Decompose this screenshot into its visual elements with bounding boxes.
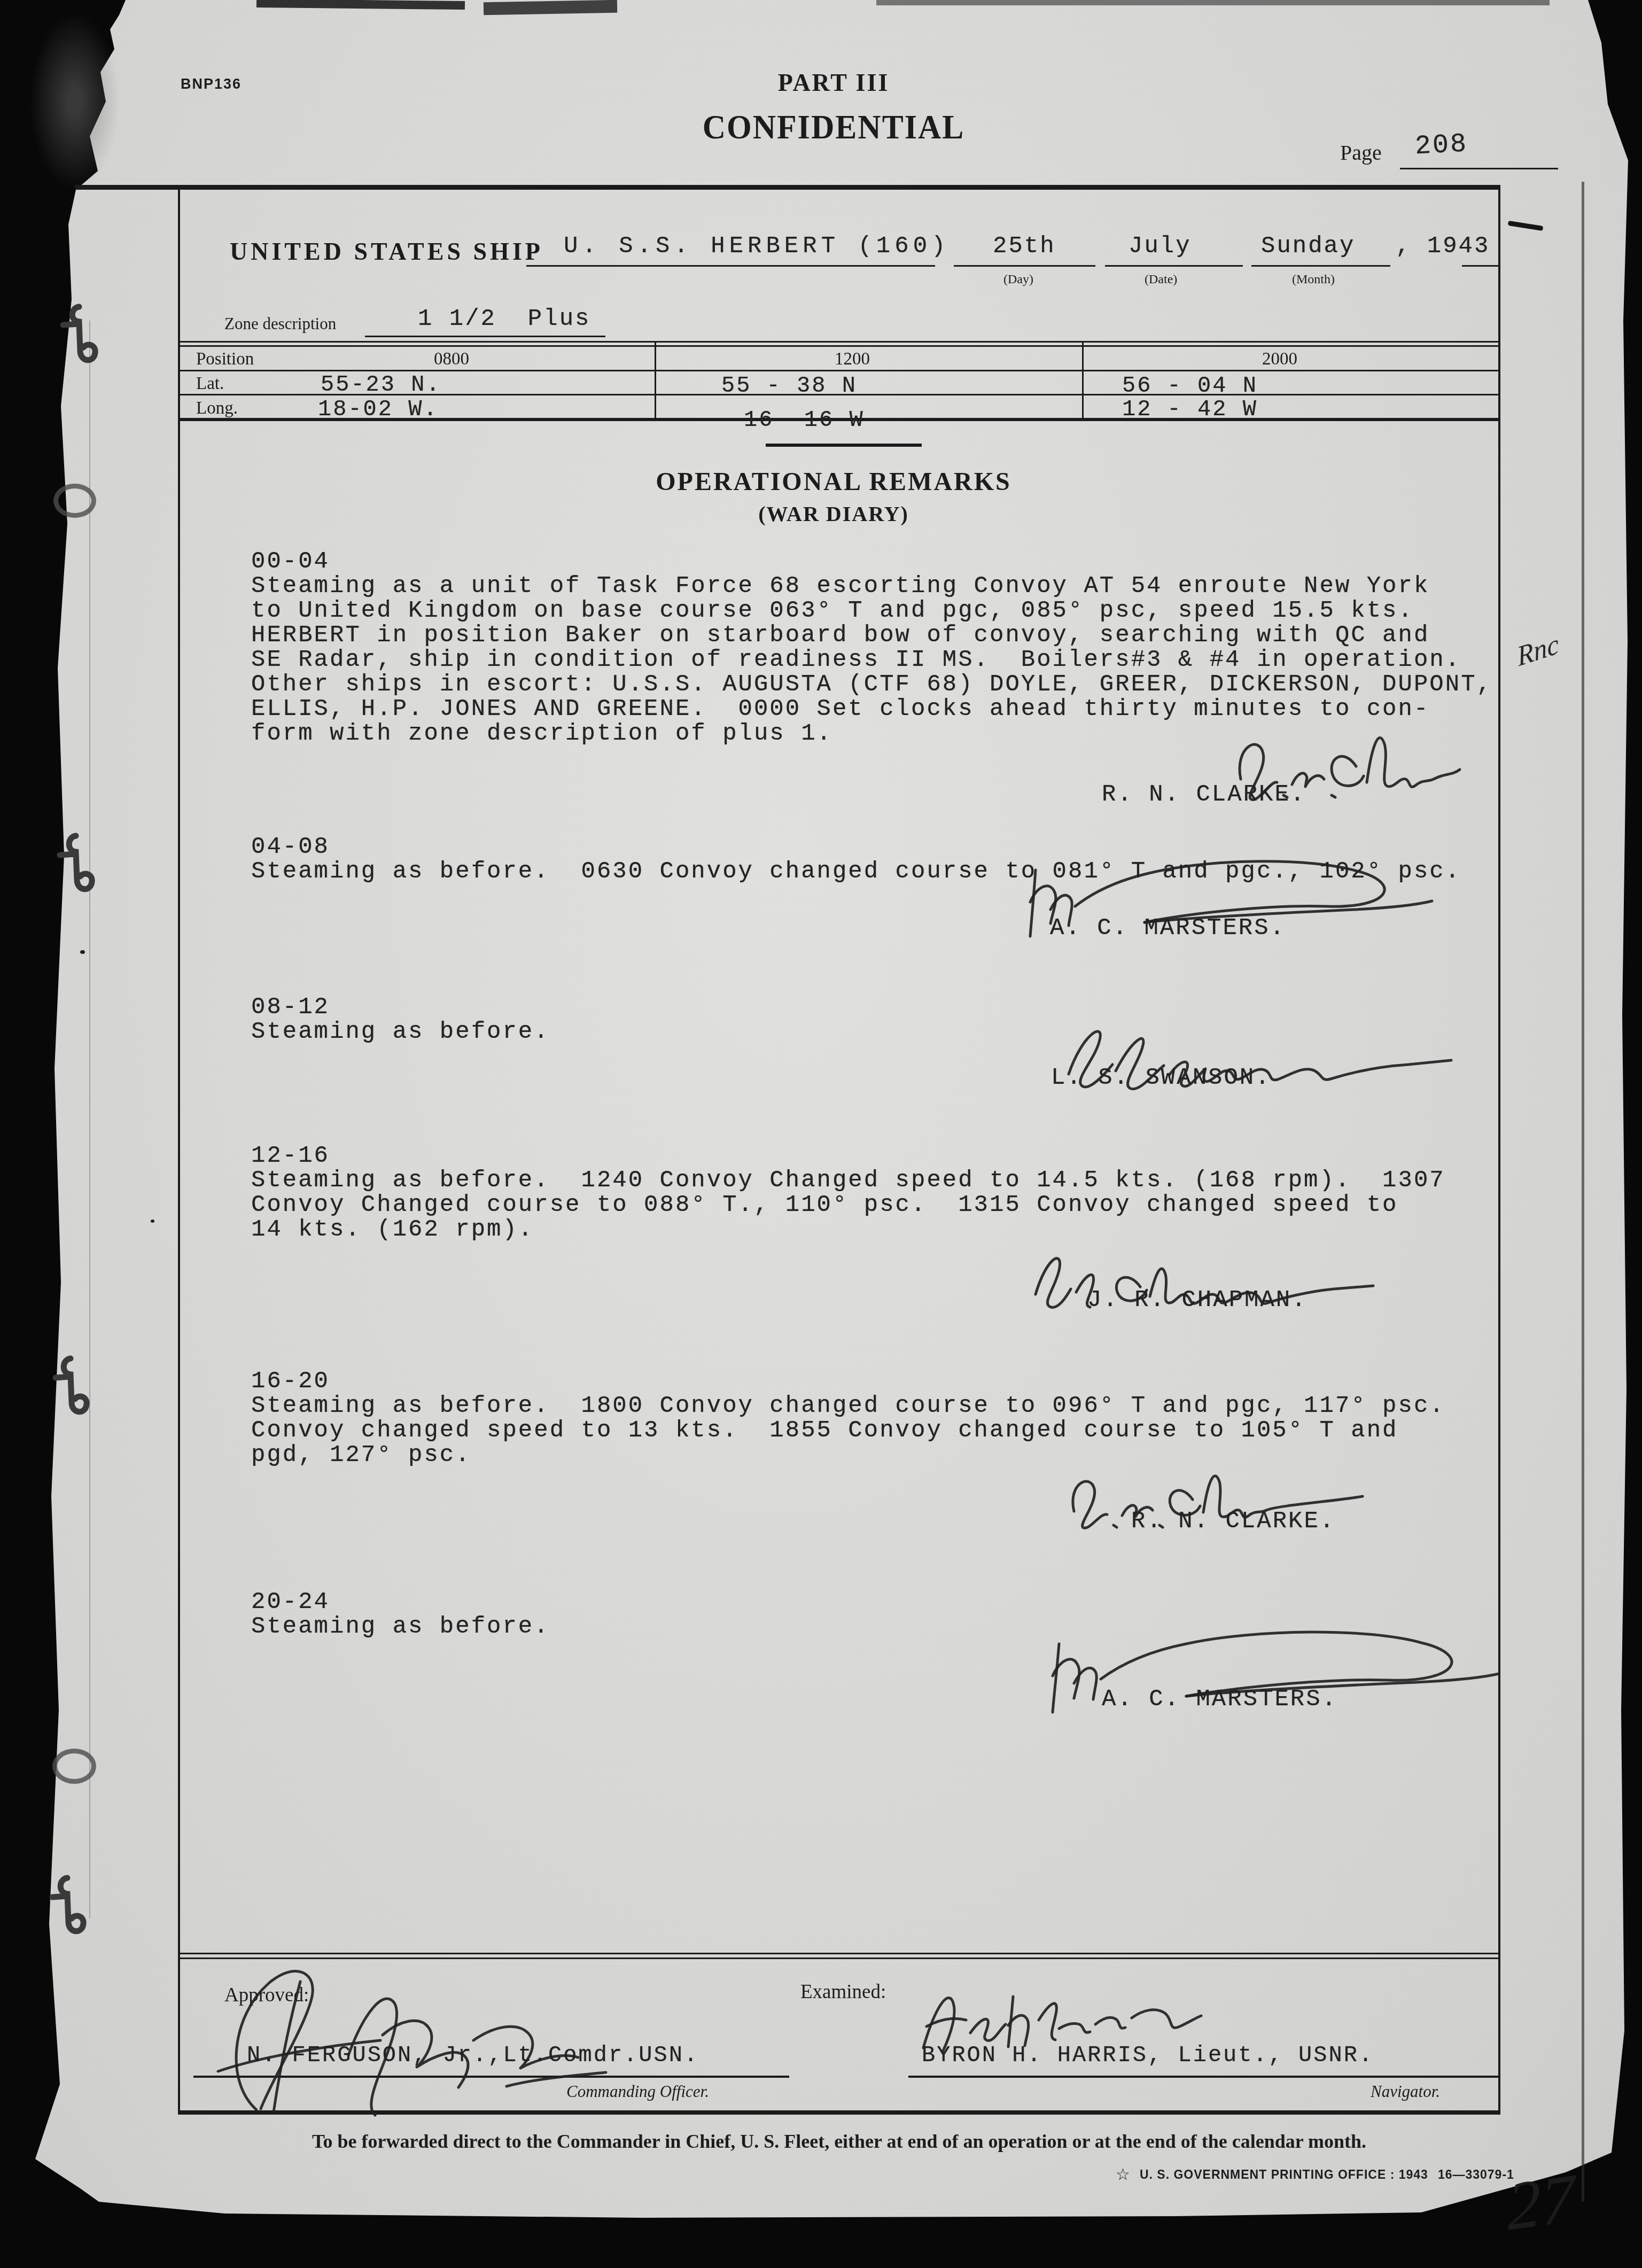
lat-1200: 55 - 38 N (721, 373, 857, 399)
zone-underline (365, 336, 605, 337)
remarks-rule (766, 444, 922, 447)
table-header-rule (178, 370, 1500, 371)
entry-line: HERBERT in position Baker on starboard b… (251, 623, 1544, 648)
binder-fastener-icon (51, 1351, 94, 1426)
form-box-left-border (178, 185, 180, 2114)
gpo-line: ☆ U. S. GOVERNMENT PRINTING OFFICE : 194… (1116, 2165, 1514, 2184)
table-divider-1 (655, 341, 656, 421)
entry-line: Steaming as before. 1800 Convoy changed … (251, 1394, 1544, 1418)
table-time-2000: 2000 (1262, 349, 1297, 369)
day-underline (954, 265, 1095, 267)
signer-name: A. C. MARSTERS. (1050, 915, 1286, 942)
ship-underline (526, 265, 935, 267)
date-underline (1105, 265, 1243, 267)
year-value: , 1943 (1396, 233, 1490, 260)
part-title: PART III (631, 68, 1037, 97)
entry-period: 12-16 (251, 1144, 1544, 1168)
forwarding-note: To be forwarded direct to the Commander … (178, 2130, 1500, 2153)
table-top-rule (178, 341, 1500, 343)
scanned-war-diary-page: BNP136 PART III CONFIDENTIAL Page 208 UN… (0, 0, 1642, 2268)
crease-line (89, 321, 90, 1919)
entry-line: Convoy changed speed to 13 kts. 1855 Con… (251, 1418, 1544, 1443)
entry-line: Convoy Changed course to 088° T., 110° p… (251, 1193, 1544, 1217)
month-underline (1251, 265, 1390, 267)
signature-byron-harris (903, 1973, 1266, 2059)
ink-speck (151, 1220, 154, 1223)
paper-sheet (0, 0, 1642, 2268)
entry-line: Steaming as before. 1240 Convoy Changed … (251, 1168, 1544, 1193)
table-top-rule2 (178, 345, 1500, 347)
signer-name: J. R. CHAPMAN. (1087, 1287, 1308, 1314)
lat-0800: 55-23 N. (321, 372, 441, 398)
table-divider-2 (1082, 341, 1084, 421)
entry-line: Steaming as a unit of Task Force 68 esco… (251, 574, 1544, 599)
entry-line: Other ships in escort: U.S.S. AUGUSTA (C… (251, 672, 1544, 697)
zone-label: Zone description (224, 314, 336, 333)
form-code: BNP136 (181, 76, 242, 92)
scan-smudge (29, 13, 120, 190)
remarks-title: OPERATIONAL REMARKS (481, 467, 1186, 496)
entry-period: 00-04 (251, 549, 1544, 574)
punch-hole-ring (53, 484, 96, 518)
lat-2000: 56 - 04 N (1122, 373, 1258, 399)
remarks-subtitle: (WAR DIARY) (481, 501, 1186, 526)
binder-fastener-icon (58, 299, 100, 374)
form-top-rule (75, 185, 1500, 190)
star-icon: ☆ (1116, 2165, 1130, 2184)
ship-label: UNITED STATES SHIP (230, 237, 543, 266)
page-number-underline (1400, 168, 1558, 169)
page-number: 208 (1414, 129, 1469, 162)
ink-speck (80, 950, 85, 954)
handwritten-page-number: 27 (1506, 2158, 1576, 2247)
long-1200: 16 16 W (744, 407, 865, 433)
ship-name-value: U. S.S. HERBERT (160) (564, 233, 950, 260)
table-long-label: Long. (196, 399, 238, 418)
entry-line: to United Kingdom on base course 063° T … (251, 599, 1544, 623)
entry-period: 20-24 (251, 1590, 1544, 1614)
binder-fastener-icon (56, 827, 98, 902)
classification-title: CONFIDENTIAL (481, 108, 1186, 146)
examined-label: Examined: (800, 1980, 886, 2003)
day-value: 25th (993, 233, 1056, 260)
date-sublabel: (Date) (1145, 273, 1177, 287)
entry-period: 16-20 (251, 1369, 1544, 1394)
signature-ferguson (187, 1951, 625, 2127)
zone-value: 1 1/2 Plus (418, 306, 590, 332)
year-underline (1462, 265, 1499, 267)
signer-name: R. N. CLARKE. (1131, 1508, 1335, 1535)
signer-name: L. S. SWANSON. (1051, 1065, 1271, 1091)
long-0800: 18-02 W. (318, 397, 439, 422)
date-value: July (1129, 233, 1192, 260)
month-value: Sunday (1261, 233, 1355, 260)
examined-title: Navigator. (1371, 2082, 1440, 2101)
month-sublabel: (Month) (1292, 273, 1335, 287)
long-2000: 12 - 42 W (1122, 397, 1258, 422)
table-time-1200: 1200 (835, 349, 870, 369)
page-label: Page (1340, 140, 1382, 165)
table-time-0800: 0800 (434, 349, 469, 369)
table-lat-label: Lat. (196, 374, 224, 394)
signer-name: R. N. CLARKE. (1102, 781, 1306, 808)
page-edge-shadow (1582, 182, 1584, 2202)
day-sublabel: (Day) (1003, 273, 1033, 287)
entry-line: SE Radar, ship in condition of readiness… (251, 648, 1544, 672)
scan-streak (484, 0, 617, 15)
gpo-number: 16—33079-1 (1438, 2168, 1514, 2182)
examined-underline (908, 2076, 1499, 2078)
punch-hole-ring (52, 1749, 96, 1784)
log-entry-12-16: 12-16 Steaming as before. 1240 Convoy Ch… (251, 1144, 1544, 1242)
scan-streak (876, 0, 1550, 5)
binder-fastener-icon (49, 1869, 92, 1944)
gpo-text: U. S. GOVERNMENT PRINTING OFFICE : 1943 (1140, 2168, 1428, 2182)
log-entry-16-20: 16-20 Steaming as before. 1800 Convoy ch… (251, 1369, 1544, 1467)
signer-name: A. C. MARSTERS. (1102, 1686, 1337, 1713)
table-position-label: Position (196, 349, 254, 369)
